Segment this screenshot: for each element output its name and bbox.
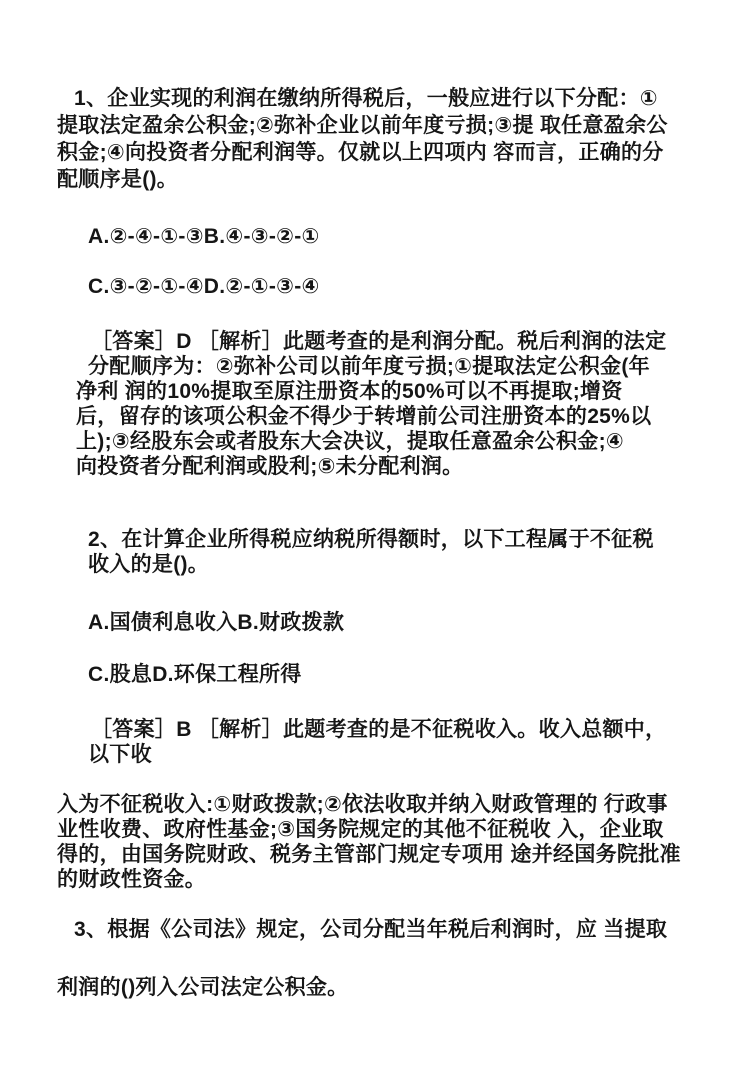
q1-options-row-ab: A.②-④-①-③B.④-③-②-① [88, 223, 694, 250]
q2-options-row-ab: A.国债利息收入B.财政拨款 [88, 610, 694, 635]
q1-answer-line: 净利 润的10%提取至原注册资本的50%可以不再提取;增资 [76, 379, 694, 404]
question-2: 2、在计算企业所得税应纳税所得额时，以下工程属于不征税 收入的是()。 A.国债… [57, 527, 694, 892]
q2-continuation-line: 得的，由国务院财政、税务主管部门规定专项用 途并经国务院批准 [57, 842, 694, 867]
q2-continuation-line: 业性收费、政府性基金;③国务院规定的其他不征税收 入，企业取 [57, 817, 694, 842]
document-page: 1、企业实现的利润在缴纳所得税后，一般应进行以下分配：① 提取法定盈余公积金;②… [0, 0, 748, 1080]
q1-answer-line: 分配顺序为：②弥补公司以前年度亏损;①提取法定公积金(年 [88, 354, 694, 379]
question-3: 3、根据《公司法》规定，公司分配当年税后利润时，应 当提取 利润的()列入公司法… [57, 917, 694, 1000]
q2-stem-line: 2、在计算企业所得税应纳税所得额时，以下工程属于不征税 [88, 527, 694, 552]
q2-options-row-cd: C.股息D.环保工程所得 [88, 662, 694, 687]
q2-continuation-line: 入为不征税收入:①财政拨款;②依法收取并纳入财政管理的 行政事 [57, 792, 694, 817]
q2-continuation-line: 的财政性资金。 [57, 867, 694, 892]
q1-options-row-cd: C.③-②-①-④D.②-①-③-④ [88, 273, 694, 300]
q1-answer-line: 向投资者分配利润或股利;⑤未分配利润。 [76, 454, 694, 479]
q2-answer-line: 以下收 [88, 742, 694, 767]
q2-answer-line: ［答案］B ［解析］此题考查的是不征税收入。收入总额中， [91, 717, 694, 742]
q3-stem-line: 利润的()列入公司法定公积金。 [57, 975, 694, 1000]
q3-stem-line: 3、根据《公司法》规定，公司分配当年税后利润时，应 当提取 [74, 917, 694, 942]
q1-answer-line: 上);③经股东会或者股东大会决议，提取任意盈余公积金;④ [76, 429, 694, 454]
q1-stem-line: 配顺序是()。 [57, 166, 694, 193]
q1-answer-line: 后，留存的该项公积金不得少于转增前公司注册资本的25%以 [76, 404, 694, 429]
question-1: 1、企业实现的利润在缴纳所得税后，一般应进行以下分配：① 提取法定盈余公积金;②… [57, 85, 694, 479]
q1-answer-line: ［答案］D ［解析］此题考查的是利润分配。税后利润的法定 [91, 329, 694, 354]
q1-stem-line: 积金;④向投资者分配利润等。仅就以上四项内 容而言，正确的分 [57, 139, 694, 166]
q1-stem-line: 1、企业实现的利润在缴纳所得税后，一般应进行以下分配：① [74, 85, 694, 112]
q2-stem-line: 收入的是()。 [88, 552, 694, 577]
q1-stem-line: 提取法定盈余公积金;②弥补企业以前年度亏损;③提 取任意盈余公 [57, 112, 694, 139]
